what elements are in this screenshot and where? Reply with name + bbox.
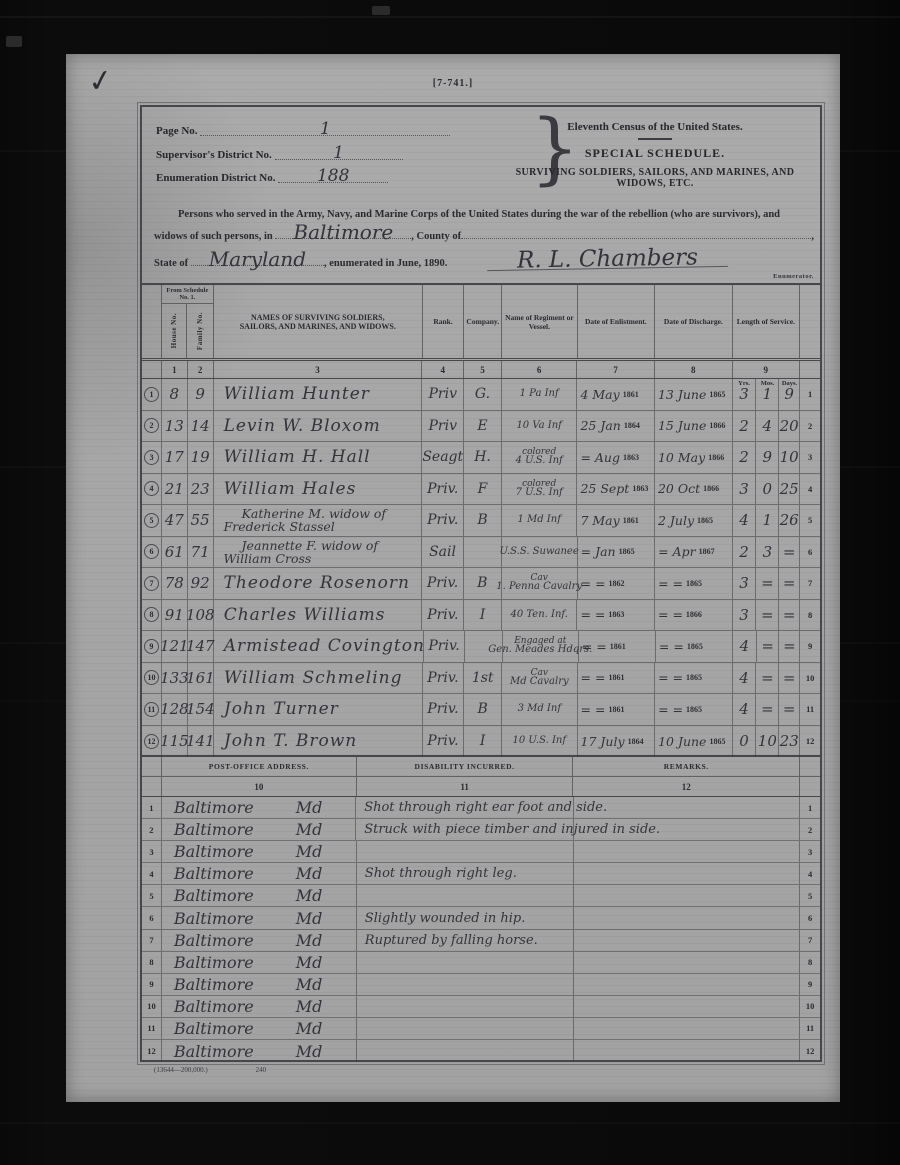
- address-city: Baltimore: [174, 931, 254, 950]
- company-cell: I: [464, 726, 502, 758]
- discharge-cell: 10 May1866: [655, 442, 733, 473]
- service-months-cell: 1: [756, 379, 779, 410]
- house-number-cell: 17: [162, 442, 188, 473]
- address-city: Baltimore: [174, 886, 254, 905]
- house-number-cell: 128: [162, 694, 188, 725]
- address-city: Baltimore: [174, 1019, 254, 1038]
- row-number-circle: 11: [144, 702, 159, 717]
- table-row: 9BaltimoreMd9: [142, 974, 820, 996]
- family-number-cell: 92: [188, 568, 214, 599]
- print-code-secondary: 240: [256, 1066, 267, 1074]
- form-border-box: Page No. 1 Supervisor's District No. 1 E…: [140, 105, 822, 1062]
- enlistment-cell: = Jan1865: [578, 537, 655, 568]
- discharge-day: 10 June: [658, 734, 706, 749]
- discharge-cell: = =1865: [655, 663, 733, 694]
- disability-value: Ruptured by falling horse.: [357, 933, 538, 948]
- company-column-header: Company.: [464, 285, 502, 358]
- family-number-cell: 55: [188, 505, 214, 536]
- row-number-left: 2: [142, 411, 162, 442]
- intro-line-1: Persons who served in the Army, Navy, an…: [154, 209, 814, 220]
- row-number-right: 9: [800, 631, 820, 662]
- row-number-left: 1: [142, 797, 162, 818]
- regiment-cell: 40 Ten. Inf.: [502, 600, 578, 631]
- company-cell: B: [464, 694, 502, 725]
- regiment-value: 1 Pa Inf: [520, 389, 559, 399]
- regiment-cell: 1 Md Inf: [502, 505, 578, 536]
- row-number-circle: 3: [144, 450, 159, 465]
- row-number-circle: 7: [144, 576, 159, 591]
- blank-cell: [142, 777, 162, 796]
- row-number-right: 12: [800, 726, 820, 758]
- disability-cell: Ruptured by falling horse.: [357, 930, 574, 951]
- rank-cell: Priv.: [423, 726, 465, 758]
- regiment-cell: Engaged atGen. Meades Hdqrs.: [503, 631, 579, 662]
- address-state: Md: [296, 864, 323, 883]
- family-no-header: Family No.: [187, 304, 212, 358]
- service-days-cell: =: [779, 600, 800, 631]
- enumerator-signature: R. L. Chambers: [487, 248, 728, 271]
- family-number-cell: 19: [188, 442, 214, 473]
- disability-column-header: DISABILITY INCURRED.: [357, 757, 574, 776]
- county-comma: ,: [811, 231, 814, 242]
- company-value: B: [477, 512, 487, 528]
- enlistment-year: 1864: [628, 737, 644, 746]
- state-label: State of: [154, 258, 188, 269]
- address-city: Baltimore: [174, 1042, 254, 1061]
- col-num-4: 4: [422, 361, 464, 378]
- remarks-cell: [574, 1040, 801, 1062]
- name-cell: Charles Williams: [214, 600, 423, 631]
- row-number-right: 11: [800, 1018, 820, 1039]
- remarks-cell: [574, 952, 801, 973]
- row-number-right: 1: [800, 379, 820, 410]
- row-number-left: 9: [142, 974, 162, 995]
- names-column-header: NAMES OF SURVIVING SOLDIERS, SAILORS, AN…: [214, 285, 423, 358]
- row-number-right: 9: [800, 974, 820, 995]
- regiment-cell: 3 Md Inf: [502, 694, 578, 725]
- house-family-columns: House No. Family No.: [162, 304, 213, 358]
- enumerated-label: , enumerated in June, 1890.: [324, 258, 447, 269]
- row-number-right: 3: [800, 841, 820, 862]
- col-num-5: 5: [464, 361, 502, 378]
- remarks-cell: [574, 863, 801, 884]
- blank-cell: [800, 361, 820, 378]
- company-value: B: [478, 701, 488, 717]
- discharge-year: 1865: [687, 642, 703, 651]
- regiment-value: 10 U.S. Inf: [513, 736, 567, 746]
- address-state: Md: [296, 931, 323, 950]
- table-row: 12115141John T. BrownPriv.I10 U.S. Inf17…: [142, 726, 820, 758]
- family-number-cell: 161: [188, 663, 214, 694]
- enlistment-day: 17 July: [581, 734, 625, 749]
- supervisor-district-value: 1: [275, 147, 403, 160]
- name-cell: Katherine M. widow ofFrederick Stassel: [214, 505, 423, 536]
- row-number-left: 8: [142, 952, 162, 973]
- name-cell: John T. Brown: [214, 726, 423, 758]
- regiment-value: 10 Va Inf: [516, 421, 561, 431]
- rank-value: Priv: [428, 386, 457, 402]
- col-num-3: 3: [214, 361, 423, 378]
- page-no-value: 1: [200, 123, 450, 136]
- name-line-1: William Schmeling: [224, 668, 403, 688]
- title-block: Eleventh Census of the United States. SP…: [492, 121, 818, 189]
- row-number-left: 11: [142, 694, 162, 725]
- rank-value: Priv.: [427, 575, 458, 591]
- enlistment-cell: = =1863: [577, 600, 655, 631]
- rank-cell: Sail: [422, 537, 464, 568]
- row-number-left: 8: [142, 600, 162, 631]
- table-row: 7BaltimoreMdRuptured by falling horse.7: [142, 930, 820, 952]
- row-number-right: 10: [800, 663, 820, 694]
- row-number-left: 5: [142, 505, 162, 536]
- enlistment-cell: 7 May1861: [577, 505, 655, 536]
- enlistment-year: 1863: [623, 453, 639, 462]
- col-num-9: 9: [733, 361, 801, 378]
- table-row: 8BaltimoreMd8: [142, 952, 820, 974]
- service-column-header: Length of Service.: [733, 285, 801, 358]
- house-number-cell: 115: [162, 726, 188, 758]
- blank-cell: [142, 361, 162, 378]
- bottom-table-header: POST-OFFICE ADDRESS. DISABILITY INCURRED…: [142, 757, 820, 777]
- discharge-cell: 13 June1865: [655, 379, 733, 410]
- discharge-year: 1865: [697, 516, 713, 525]
- enlistment-cell: 25 Jan1864: [577, 411, 655, 442]
- discharge-cell: 15 June1866: [655, 411, 733, 442]
- discharge-day: = =: [658, 670, 683, 685]
- address-state: Md: [296, 909, 323, 928]
- company-value: H.: [474, 449, 491, 465]
- intro-line-3: State of Maryland , enumerated in June, …: [154, 250, 814, 269]
- row-number-left: 1: [142, 379, 162, 410]
- title-divider: [638, 138, 672, 140]
- rank-cell: Seagt: [422, 442, 464, 473]
- row-number-circle: 9: [144, 639, 159, 654]
- rank-column-header: Rank.: [423, 285, 465, 358]
- discharge-year: 1865: [686, 705, 702, 714]
- family-number-cell: 71: [188, 537, 214, 568]
- enlistment-day: = =: [582, 639, 607, 654]
- service-months-cell: =: [756, 600, 779, 631]
- address-state: Md: [296, 886, 323, 905]
- enumeration-district-label: Enumeration District No.: [156, 172, 275, 184]
- address-cell: BaltimoreMd: [162, 996, 357, 1017]
- enlistment-day: = =: [581, 702, 606, 717]
- table-row: 11128154John TurnerPriv.B3 Md Inf= =1861…: [142, 694, 820, 726]
- row-number-right: 12: [800, 1040, 820, 1062]
- remarks-column-header: REMARKS.: [573, 757, 800, 776]
- enlistment-year: 1861: [608, 673, 624, 682]
- page-no-label: Page No.: [156, 125, 198, 137]
- enlistment-day: = =: [580, 607, 605, 622]
- table-row: 21314Levin W. BloxomPrivE10 Va Inf25 Jan…: [142, 411, 820, 443]
- regiment-cell: Cav1. Penna Cavalry: [502, 568, 578, 599]
- name-cell: William Hales: [214, 474, 423, 505]
- service-years-cell: 2: [733, 411, 757, 442]
- service-days-cell: 10: [779, 442, 800, 473]
- enlistment-year: 1862: [609, 579, 625, 588]
- address-cell: BaltimoreMd: [162, 930, 357, 951]
- discharge-year: 1865: [709, 390, 725, 399]
- discharge-year: 1865: [686, 673, 702, 682]
- intro-paragraph: Persons who served in the Army, Navy, an…: [154, 209, 814, 269]
- regiment-value: Gen. Meades Hdqrs.: [488, 645, 592, 655]
- discharge-year: 1865: [709, 737, 725, 746]
- blank-line: [461, 229, 811, 239]
- enlistment-day: = Jan: [581, 544, 616, 559]
- enlistment-cell: = =1861: [579, 631, 656, 662]
- table-row: 3BaltimoreMd3: [142, 841, 820, 863]
- col-num-1: 1: [162, 361, 188, 378]
- discharge-year: 1865: [686, 579, 702, 588]
- service-years-cell: 4: [733, 631, 757, 662]
- regiment-cell: colored4 U.S. Inf: [502, 442, 578, 473]
- row-number-right: 7: [800, 930, 820, 951]
- address-city: Baltimore: [174, 909, 254, 928]
- discharge-cell: = Apr1867: [655, 537, 732, 568]
- company-cell: E: [464, 411, 502, 442]
- address-city: Baltimore: [174, 953, 254, 972]
- family-number-cell: 147: [188, 631, 214, 662]
- row-number-right: 1: [800, 797, 820, 818]
- rank-value: Priv.: [427, 701, 458, 717]
- house-number-cell: 13: [162, 411, 188, 442]
- row-number-left: 12: [142, 1040, 162, 1062]
- rank-value: Priv.: [427, 512, 458, 528]
- row-number-circle: 6: [144, 544, 159, 559]
- document-page: ✓ [7-741.] Page No. 1 Supervisor's Distr…: [66, 54, 840, 1102]
- address-city: Baltimore: [174, 798, 254, 817]
- enlistment-cell: = =1861: [578, 663, 656, 694]
- enlistment-year: 1861: [608, 705, 624, 714]
- service-days-cell: =: [779, 568, 800, 599]
- enlistment-year: 1863: [608, 610, 624, 619]
- house-number-cell: 91: [162, 600, 188, 631]
- blank-cell: [800, 757, 820, 776]
- address-city: Baltimore: [174, 975, 254, 994]
- column-number-row: 1 2 3 4 5 6 7 8 9: [142, 361, 820, 379]
- name-line-1: William Hunter: [224, 384, 370, 404]
- service-years-cell: 0: [733, 726, 757, 758]
- row-number-right: 10: [800, 996, 820, 1017]
- row-number-circle: 10: [144, 670, 159, 685]
- name-line-1: William Hales: [224, 479, 357, 499]
- col-num-10: 10: [162, 777, 357, 796]
- main-table-rows: 189William HunterPrivG.1 Pa Inf4 May1861…: [142, 379, 820, 757]
- name-line-2: Frederick Stassel: [224, 520, 335, 533]
- discharge-year: 1866: [708, 453, 724, 462]
- rank-cell: Priv.: [422, 568, 464, 599]
- row-number-right: 7: [800, 568, 820, 599]
- regiment-cell: 10 Va Inf: [502, 411, 578, 442]
- table-row: 42123William HalesPriv.Fcolored7 U.S. In…: [142, 474, 820, 506]
- disability-cell: [357, 996, 574, 1017]
- address-cell: BaltimoreMd: [162, 1040, 357, 1062]
- name-line-1: Armistead Covington: [224, 636, 425, 656]
- service-days-cell: 26: [779, 505, 800, 536]
- row-number-right: 2: [800, 411, 820, 442]
- discharge-cell: = =1865: [655, 568, 732, 599]
- family-number-cell: 9: [188, 379, 214, 410]
- company-value: I: [480, 733, 486, 749]
- service-months-cell: =: [756, 694, 779, 725]
- name-line-1: Jeannette F. widow of: [224, 539, 379, 552]
- table-row: 2BaltimoreMdStruck with piece timber and…: [142, 819, 820, 841]
- bottom-table: POST-OFFICE ADDRESS. DISABILITY INCURRED…: [142, 757, 820, 1064]
- row-number-right: 3: [800, 442, 820, 473]
- main-table-header: From Schedule No. 1. House No. Family No…: [142, 285, 820, 361]
- address-cell: BaltimoreMd: [162, 797, 356, 818]
- address-state: Md: [296, 820, 323, 839]
- rank-value: Priv: [428, 418, 457, 434]
- house-number-cell: 133: [162, 663, 188, 694]
- name-cell: John Turner: [214, 694, 423, 725]
- name-cell: William Schmeling: [214, 663, 423, 694]
- row-number-right: 5: [800, 885, 820, 906]
- row-number-margin-header-right: [800, 285, 820, 358]
- film-spot: [6, 36, 22, 47]
- regiment-value: Md Cavalry: [510, 677, 569, 687]
- table-row: 5BaltimoreMd5: [142, 885, 820, 907]
- service-years-cell: 3: [733, 600, 757, 631]
- disability-cell: [357, 974, 574, 995]
- discharge-day: = =: [658, 576, 683, 591]
- remarks-cell: [574, 841, 801, 862]
- regiment-value: 3 Md Inf: [518, 704, 561, 714]
- name-line-1: John T. Brown: [224, 731, 357, 751]
- service-years-cell: 2: [733, 442, 757, 473]
- regiment-cell: 10 U.S. Inf: [502, 726, 578, 758]
- address-cell: BaltimoreMd: [162, 863, 357, 884]
- name-line-1: Theodore Rosenorn: [224, 573, 410, 593]
- family-number-cell: 14: [188, 411, 214, 442]
- disability-cell: Slightly wounded in hip.: [357, 907, 574, 928]
- company-cell: I: [464, 600, 502, 631]
- regiment-column-header: Name of Regiment or Vessel.: [502, 285, 577, 358]
- service-days-cell: 9: [779, 379, 800, 410]
- table-row: 1BaltimoreMdShot through right ear foot …: [142, 797, 820, 819]
- rank-cell: Priv.: [423, 694, 465, 725]
- discharge-year: 1867: [699, 547, 715, 556]
- address-state: Md: [296, 1042, 323, 1061]
- house-number-cell: 21: [162, 474, 188, 505]
- discharge-year: 1866: [686, 610, 702, 619]
- discharge-day: 20 Oct: [658, 481, 700, 496]
- address-state: Md: [296, 953, 323, 972]
- address-state: Md: [296, 997, 323, 1016]
- address-city: Baltimore: [174, 864, 254, 883]
- enlistment-year: 1864: [624, 421, 640, 430]
- regiment-value: 1. Penna Cavalry: [496, 582, 582, 592]
- service-days-cell: 23: [779, 726, 800, 758]
- regiment-value: 4 U.S. Inf: [516, 456, 563, 466]
- enlistment-cell: = =1861: [578, 694, 656, 725]
- service-months-cell: =: [757, 631, 780, 662]
- company-value: I: [480, 607, 486, 623]
- row-number-margin-header: [142, 285, 162, 358]
- service-days-cell: 20: [779, 411, 800, 442]
- service-months-cell: 3: [756, 537, 779, 568]
- schedule-subtitle: SURVIVING SOLDIERS, SAILORS, AND MARINES…: [492, 167, 818, 189]
- address-cell: BaltimoreMd: [162, 841, 357, 862]
- row-number-left: 7: [142, 930, 162, 951]
- enlistment-day: 25 Sept: [580, 481, 629, 496]
- service-months-cell: =: [756, 568, 779, 599]
- disability-cell: [357, 885, 574, 906]
- discharge-day: 13 June: [658, 387, 706, 402]
- discharge-day: = Apr: [658, 544, 695, 559]
- bottom-table-rows: 1BaltimoreMdShot through right ear foot …: [142, 797, 820, 1062]
- house-number-cell: 121: [162, 631, 188, 662]
- census-title: Eleventh Census of the United States.: [492, 121, 818, 133]
- discharge-year: 1866: [703, 484, 719, 493]
- table-row: 12BaltimoreMd12: [142, 1040, 820, 1062]
- enlistment-day: 7 May: [580, 513, 619, 528]
- table-row: 10133161William SchmelingPriv.1stCavMd C…: [142, 663, 820, 695]
- row-number-right: 8: [800, 952, 820, 973]
- house-number-cell: 47: [162, 505, 188, 536]
- house-number-cell: 78: [162, 568, 188, 599]
- family-number-cell: 154: [188, 694, 214, 725]
- regiment-cell: U.S.S. Suwanee: [502, 537, 578, 568]
- disability-value: Shot through right leg.: [357, 866, 517, 881]
- company-cell: [464, 537, 502, 568]
- disability-cell: [357, 952, 574, 973]
- blank-cell: [142, 757, 162, 776]
- company-value: 1st: [472, 670, 494, 686]
- name-line-1: William H. Hall: [224, 447, 371, 467]
- family-number-cell: 23: [188, 474, 214, 505]
- intro-line-2-prefix: widows of such persons, in: [154, 231, 273, 242]
- row-number-right: 6: [800, 907, 820, 928]
- company-cell: G.: [464, 379, 502, 410]
- address-city: Baltimore: [174, 997, 254, 1016]
- row-number-right: 6: [800, 537, 820, 568]
- name-cell: Jeannette F. widow ofWilliam Cross: [214, 537, 423, 568]
- remarks-cell: [574, 1018, 801, 1039]
- company-value: E: [477, 418, 487, 434]
- intro-line-2: widows of such persons, in Baltimore , C…: [154, 226, 814, 242]
- rank-value: Priv.: [427, 733, 458, 749]
- address-state: Md: [296, 975, 323, 994]
- row-number-left: 6: [142, 537, 162, 568]
- service-days-cell: =: [779, 631, 800, 662]
- service-days-cell: =: [779, 694, 800, 725]
- name-cell: Armistead Covington: [214, 631, 424, 662]
- regiment-value: 7 U.S. Inf: [516, 488, 563, 498]
- rank-value: Seagt: [422, 449, 463, 465]
- print-code: (13644—200,000.)240: [154, 1066, 314, 1074]
- discharge-cell: 20 Oct1866: [655, 474, 733, 505]
- film-background: ✓ [7-741.] Page No. 1 Supervisor's Distr…: [0, 0, 900, 1165]
- rank-cell: Priv.: [422, 505, 464, 536]
- service-months-cell: 1: [756, 505, 779, 536]
- discharge-day: 2 July: [658, 513, 694, 528]
- rank-value: Priv.: [427, 607, 458, 623]
- address-column-header: POST-OFFICE ADDRESS.: [162, 757, 357, 776]
- table-row: 66171Jeannette F. widow ofWilliam CrossS…: [142, 537, 820, 569]
- enlistment-year: 1865: [619, 547, 635, 556]
- row-number-right: 4: [800, 863, 820, 884]
- address-cell: BaltimoreMd: [162, 885, 357, 906]
- row-number-left: 10: [142, 663, 162, 694]
- film-spot: [372, 6, 390, 15]
- enumeration-district-field: Enumeration District No. 188: [156, 170, 388, 184]
- rank-value: Priv.: [427, 670, 458, 686]
- regiment-value: U.S.S. Suwanee: [499, 547, 578, 557]
- name-line-2: William Cross: [224, 552, 312, 565]
- company-cell: B: [464, 505, 502, 536]
- table-row: 189William HunterPrivG.1 Pa Inf4 May1861…: [142, 379, 820, 411]
